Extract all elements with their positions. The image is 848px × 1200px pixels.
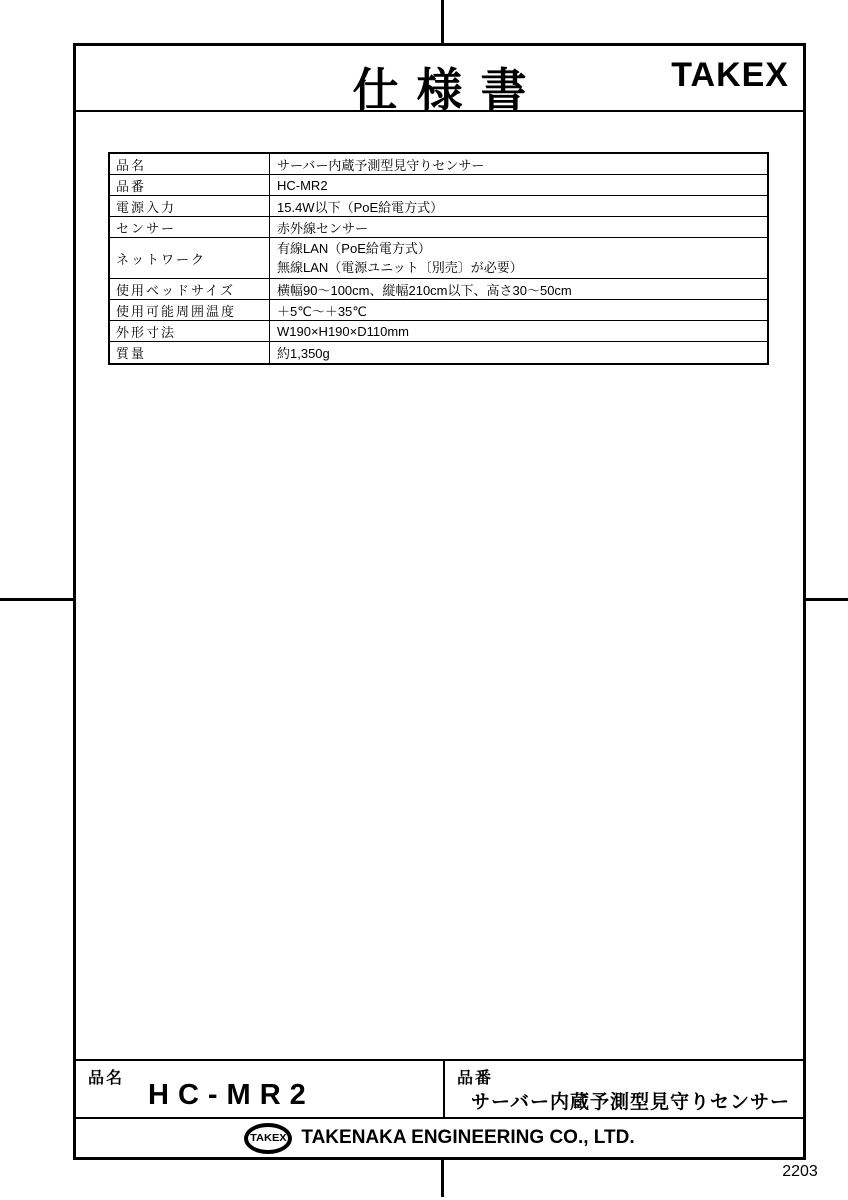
spec-table: 品名 サーバー内蔵予測型見守りセンサー 品番 HC-MR2 電源入力 15.4W…	[108, 152, 769, 365]
row-label: 電源入力	[110, 196, 270, 216]
company-name: TAKENAKA ENGINEERING CO., LTD.	[301, 1127, 634, 1149]
row-value-line2: 無線LAN（電源ユニット〔別売〕が必要）	[277, 258, 523, 277]
product-number-label: 品番	[457, 1065, 493, 1088]
crop-mark-bottom	[441, 1160, 444, 1197]
row-label: 使用可能周囲温度	[110, 300, 270, 320]
product-number-value: サーバー内蔵予測型見守りセンサー	[471, 1087, 790, 1114]
row-value: サーバー内蔵予測型見守りセンサー	[270, 154, 767, 174]
table-row: 使用ベッドサイズ 横幅90～100cm、縦幅210cm以下、高さ30～50cm	[110, 279, 767, 300]
row-value: HC-MR2	[270, 175, 767, 195]
row-label: 質量	[110, 342, 270, 363]
takex-oval-logo-icon: TAKEX	[244, 1123, 292, 1154]
brand-logo-text: TAKEX	[671, 56, 789, 95]
row-value: 15.4W以下（PoE給電方式）	[270, 196, 767, 216]
row-label: ネットワーク	[110, 238, 270, 278]
product-model-value: HC-MR2	[148, 1079, 315, 1112]
row-label: 外形寸法	[110, 321, 270, 341]
row-value: ＋5℃～＋35℃	[270, 300, 767, 320]
crop-mark-top	[441, 0, 444, 43]
document-header: 仕様書 TAKEX	[76, 46, 803, 112]
document-body: 品名 サーバー内蔵予測型見守りセンサー 品番 HC-MR2 電源入力 15.4W…	[76, 112, 803, 1059]
document-frame: 仕様書 TAKEX 品名 サーバー内蔵予測型見守りセンサー 品番 HC-MR2 …	[73, 43, 806, 1160]
table-row: 電源入力 15.4W以下（PoE給電方式）	[110, 196, 767, 217]
crop-mark-left	[0, 598, 75, 601]
row-label: 使用ベッドサイズ	[110, 279, 270, 299]
crop-mark-right	[804, 598, 848, 601]
row-value: 約1,350g	[270, 342, 767, 363]
row-value: 赤外線センサー	[270, 217, 767, 237]
product-name-cell: 品名 HC-MR2	[76, 1061, 445, 1117]
table-row: センサー 赤外線センサー	[110, 217, 767, 238]
product-number-cell: 品番 サーバー内蔵予測型見守りセンサー	[445, 1061, 803, 1117]
row-value-line1: 有線LAN（PoE給電方式）	[277, 239, 431, 258]
row-label: 品名	[110, 154, 270, 174]
row-label: 品番	[110, 175, 270, 195]
table-row: 品番 HC-MR2	[110, 175, 767, 196]
product-summary-band: 品名 HC-MR2 品番 サーバー内蔵予測型見守りセンサー	[76, 1059, 803, 1117]
row-label: センサー	[110, 217, 270, 237]
row-value: 横幅90～100cm、縦幅210cm以下、高さ30～50cm	[270, 279, 767, 299]
takex-logo-text: TAKEX	[250, 1132, 286, 1143]
table-row: 外形寸法 W190×H190×D110mm	[110, 321, 767, 342]
table-row: 品名 サーバー内蔵予測型見守りセンサー	[110, 154, 767, 175]
table-row: 使用可能周囲温度 ＋5℃～＋35℃	[110, 300, 767, 321]
row-value: 有線LAN（PoE給電方式） 無線LAN（電源ユニット〔別売〕が必要）	[270, 238, 767, 278]
row-value: W190×H190×D110mm	[270, 321, 767, 341]
product-name-label: 品名	[88, 1065, 124, 1088]
table-row: ネットワーク 有線LAN（PoE給電方式） 無線LAN（電源ユニット〔別売〕が必…	[110, 238, 767, 279]
doc-number: 2203	[775, 1163, 825, 1181]
table-row: 質量 約1,350g	[110, 342, 767, 363]
company-footer: TAKEX TAKENAKA ENGINEERING CO., LTD.	[76, 1117, 803, 1157]
